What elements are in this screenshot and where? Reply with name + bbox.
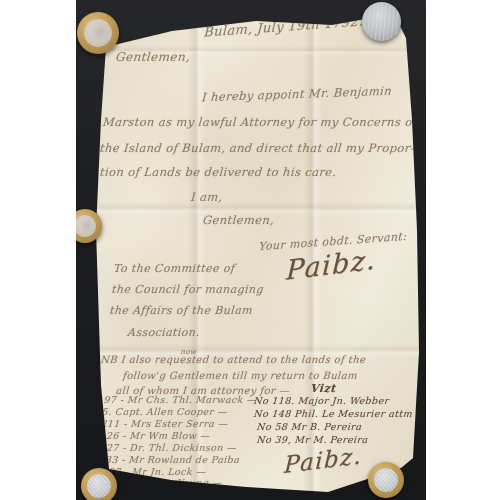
signature: Paibz. xyxy=(286,244,378,286)
address-line: the Affairs of the Bulam xyxy=(109,304,253,317)
gold-coin-bottom-left xyxy=(81,468,117,500)
list-item: No 97 - Mr Chs. Thl. Marwack — xyxy=(85,395,257,406)
list-item: No 148 Phil. Le Mesurier attm xyxy=(253,409,413,420)
silver-coin-top-right xyxy=(362,2,401,41)
list-item: No 211 - Mrs Ester Serra — xyxy=(82,419,228,430)
salutation: Gentlemen, xyxy=(115,50,191,64)
letter-paper: Bulam, July 19th 1792. Gentlemen, I here… xyxy=(76,0,426,500)
viz-label: Vizt xyxy=(310,382,337,395)
gold-coin-bottom-right xyxy=(368,462,404,498)
signature-second: Paibz. xyxy=(284,443,363,479)
list-item: No 126 - Mr Wm Blow — xyxy=(81,431,210,442)
letter-photograph: Bulam, July 19th 1792. Gentlemen, I here… xyxy=(76,0,426,500)
body-line-lands: tion of Lands be delivered to his care. xyxy=(99,165,337,179)
gold-coin-top-left xyxy=(77,12,119,54)
coin-center xyxy=(87,474,111,498)
body-line-marston: Marston as my lawful Attorney for my Con… xyxy=(102,115,421,129)
body-line-appoint: I hereby appoint Mr. Benjamin xyxy=(201,84,392,105)
list-item: No 118. Major Jn. Webber xyxy=(253,396,390,407)
address-line: Association. xyxy=(127,326,200,339)
body-line-island: the Island of Bulam, and direct that all… xyxy=(99,141,415,155)
list-item: No 58 Mr B. Pereira xyxy=(256,422,362,433)
nb-line: NB I also requested to attend to the lan… xyxy=(100,355,366,366)
coin-center xyxy=(84,19,112,47)
list-item: No 5. Capt. Allen Cooper — xyxy=(83,407,228,418)
closing-gentlemen: Gentlemen, xyxy=(202,213,275,227)
coin-center xyxy=(374,468,398,492)
address-line: To the Committee of xyxy=(113,262,236,275)
coin-center xyxy=(76,215,96,237)
list-item: No 127 - Dr. Thl. Dickinson — xyxy=(81,443,237,454)
address-line: the Council for managing xyxy=(111,283,264,296)
nb-line: follow'g Gentlemen till my return to Bul… xyxy=(122,371,358,382)
closing-iam: I am, xyxy=(190,190,223,204)
list-item: No 133 - Mr Rowland de Paiba xyxy=(80,455,240,466)
dateline: Bulam, July 19th 1792. xyxy=(204,14,365,40)
